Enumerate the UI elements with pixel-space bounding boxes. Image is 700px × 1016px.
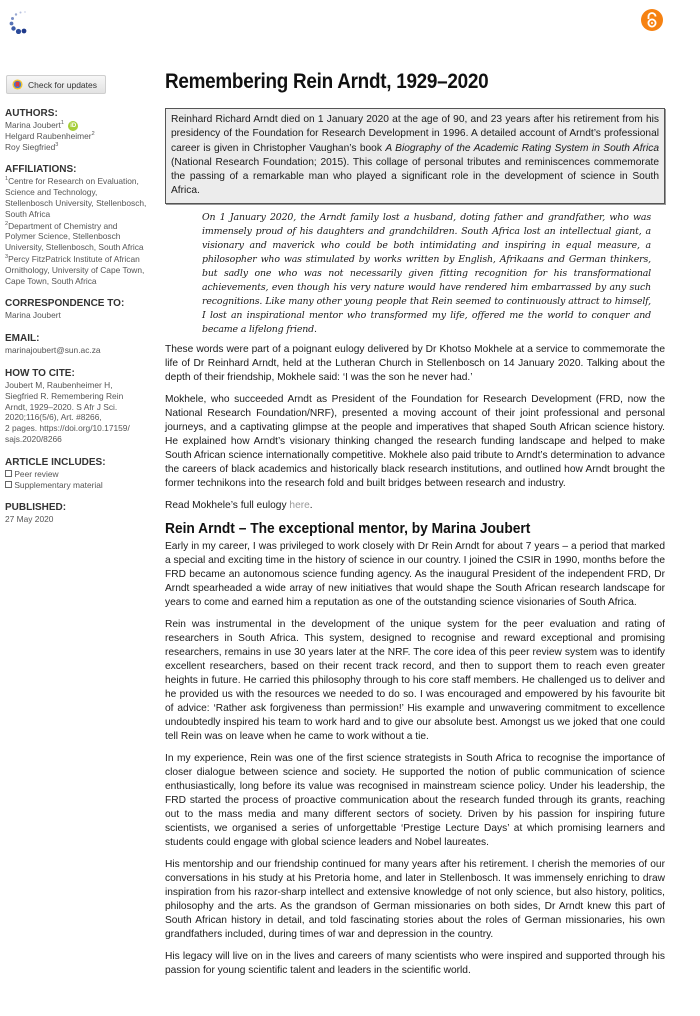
article-includes-heading: ARTICLE INCLUDES: <box>5 457 155 469</box>
author-name: Helgard Raubenheimer <box>5 131 92 141</box>
body-paragraph: Early in my career, I was privileged to … <box>165 540 665 610</box>
authors-heading: AUTHORS: <box>5 108 155 120</box>
article-body: Reinhard Richard Arndt died on 1 January… <box>165 108 665 986</box>
email-heading: EMAIL: <box>5 333 155 345</box>
body-paragraph: These words were part of a poignant eulo… <box>165 343 665 385</box>
checkbox-icon <box>5 481 12 488</box>
check-for-updates-label: Check for updates <box>28 80 97 90</box>
author-name: Marina Joubert <box>5 120 61 130</box>
bookmark-update-icon <box>12 79 23 90</box>
page-title: Remembering Rein Arndt, 1929–2020 <box>165 70 488 94</box>
peer-review-item[interactable]: Peer review <box>5 469 155 480</box>
affiliations-heading: AFFILIATIONS: <box>5 164 155 176</box>
checkbox-icon <box>5 470 12 477</box>
abstract-text: Reinhard Richard Arndt died on 1 January… <box>171 113 659 199</box>
eulogy-quote: On 1 January 2020, the Arndt family lost… <box>202 211 651 337</box>
author-name: Roy Siegfried <box>5 142 55 152</box>
book-title: A Biography of the Academic Rating Syste… <box>385 143 659 154</box>
doi-link[interactable]: 2 pages. https://doi.org/10.17159/ <box>5 423 155 434</box>
body-paragraph: Mokhele, who succeeded Arndt as Presiden… <box>165 393 665 491</box>
eulogy-link[interactable]: here <box>289 500 309 511</box>
abstract-box: Reinhard Richard Arndt died on 1 January… <box>165 108 665 204</box>
body-paragraph: His legacy will live on in the lives and… <box>165 950 665 978</box>
affiliation-item: 3Percy FitzPatrick Institute of African … <box>5 254 155 286</box>
doi-link[interactable]: sajs.2020/8266 <box>5 434 155 445</box>
published-heading: PUBLISHED: <box>5 502 155 514</box>
published-date: 27 May 2020 <box>5 514 155 525</box>
orcid-icon[interactable]: iD <box>68 121 78 131</box>
body-paragraph: In my experience, Rein was one of the fi… <box>165 752 665 850</box>
author-item: Marina Joubert1 iD <box>5 120 155 131</box>
citation-text: Joubert M, Raubenheimer H, Siegfried R. … <box>5 380 155 445</box>
correspondence-name: Marina Joubert <box>5 310 155 321</box>
body-paragraph: Rein was instrumental in the development… <box>165 618 665 744</box>
how-to-cite-heading: HOW TO CITE: <box>5 368 155 380</box>
author-item: Helgard Raubenheimer2 <box>5 131 155 142</box>
correspondence-heading: CORRESPONDENCE TO: <box>5 298 155 310</box>
supplementary-material-item[interactable]: Supplementary material <box>5 480 155 491</box>
email-link[interactable]: marinajoubert@sun.ac.za <box>5 345 155 356</box>
author-item: Roy Siegfried3 <box>5 142 155 153</box>
body-paragraph: His mentorship and our friendship contin… <box>165 858 665 942</box>
publisher-logo-icon <box>4 4 34 34</box>
section-heading: Rein Arndt – The exceptional mentor, by … <box>165 521 640 537</box>
faint-footer-mark <box>5 1003 7 1009</box>
affiliation-item: 2Department of Chemistry and Polymer Sci… <box>5 221 155 253</box>
read-more-paragraph: Read Mokhele’s full eulogy here. <box>165 499 665 513</box>
affiliation-item: 1Centre for Research on Evaluation, Scie… <box>5 176 155 219</box>
open-access-icon <box>641 8 663 32</box>
check-for-updates-button[interactable]: Check for updates <box>6 75 106 94</box>
article-sidebar: AUTHORS: Marina Joubert1 iD Helgard Raub… <box>5 108 155 525</box>
